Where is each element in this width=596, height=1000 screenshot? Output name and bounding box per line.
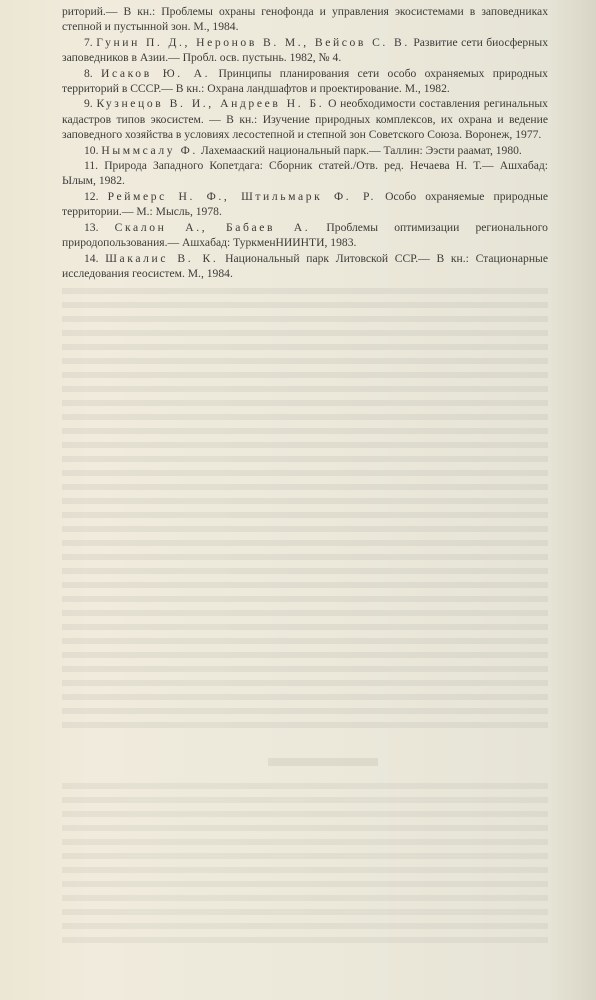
reference-text: Природа Западного Копетдага: Сборник ста… [62,159,548,187]
reference-author: Кузнецов В. И., Андреев Н. Б. [96,97,324,110]
reference-number: 11. [84,159,98,172]
show-through-text-lower [62,775,548,945]
reference-author: Исаков Ю. А. [101,67,210,80]
reference-list: риторий.— В кн.: Проблемы охраны генофон… [62,4,548,281]
reference-item: 8. Исаков Ю. А. Принципы планирования се… [62,66,548,97]
reference-item: 14. Шакалис В. К. Национальный парк Лито… [62,251,548,282]
reference-item: 7. Гунин П. Д., Неронов В. М., Вейсов С.… [62,35,548,66]
reference-author: Реймерс Н. Ф., Штильмарк Ф. Р. [108,190,376,203]
reference-number: 8. [84,67,93,80]
show-through-heading [268,758,378,766]
reference-author: Скалон А., Бабаев А. [115,221,311,234]
reference-text: риторий.— В кн.: Проблемы охраны генофон… [62,5,548,33]
reference-author: Ныммсалу Ф. [101,144,198,157]
reference-number: 12. [84,190,99,203]
reference-text: Лахемааский национальный парк.— Таллин: … [201,144,522,157]
reference-item: 9. Кузнецов В. И., Андреев Н. Б. О необх… [62,96,548,142]
reference-author: Шакалис В. К. [105,252,218,265]
reference-item: 13. Скалон А., Бабаев А. Проблемы оптими… [62,220,548,251]
reference-number: 13. [84,221,99,234]
reference-item: 11. Природа Западного Копетдага: Сборник… [62,158,548,189]
reference-item: риторий.— В кн.: Проблемы охраны генофон… [62,4,548,35]
show-through-text [62,280,548,730]
reference-item: 12. Реймерс Н. Ф., Штильмарк Ф. Р. Особо… [62,189,548,220]
reference-number: 14. [84,252,99,265]
reference-author: Гунин П. Д., Неронов В. М., Вейсов С. В. [96,36,410,49]
reference-number: 9. [84,97,93,110]
reference-number: 7. [84,36,93,49]
reference-item: 10. Ныммсалу Ф. Лахемааский национальный… [62,143,548,158]
reference-number: 10. [84,144,99,157]
